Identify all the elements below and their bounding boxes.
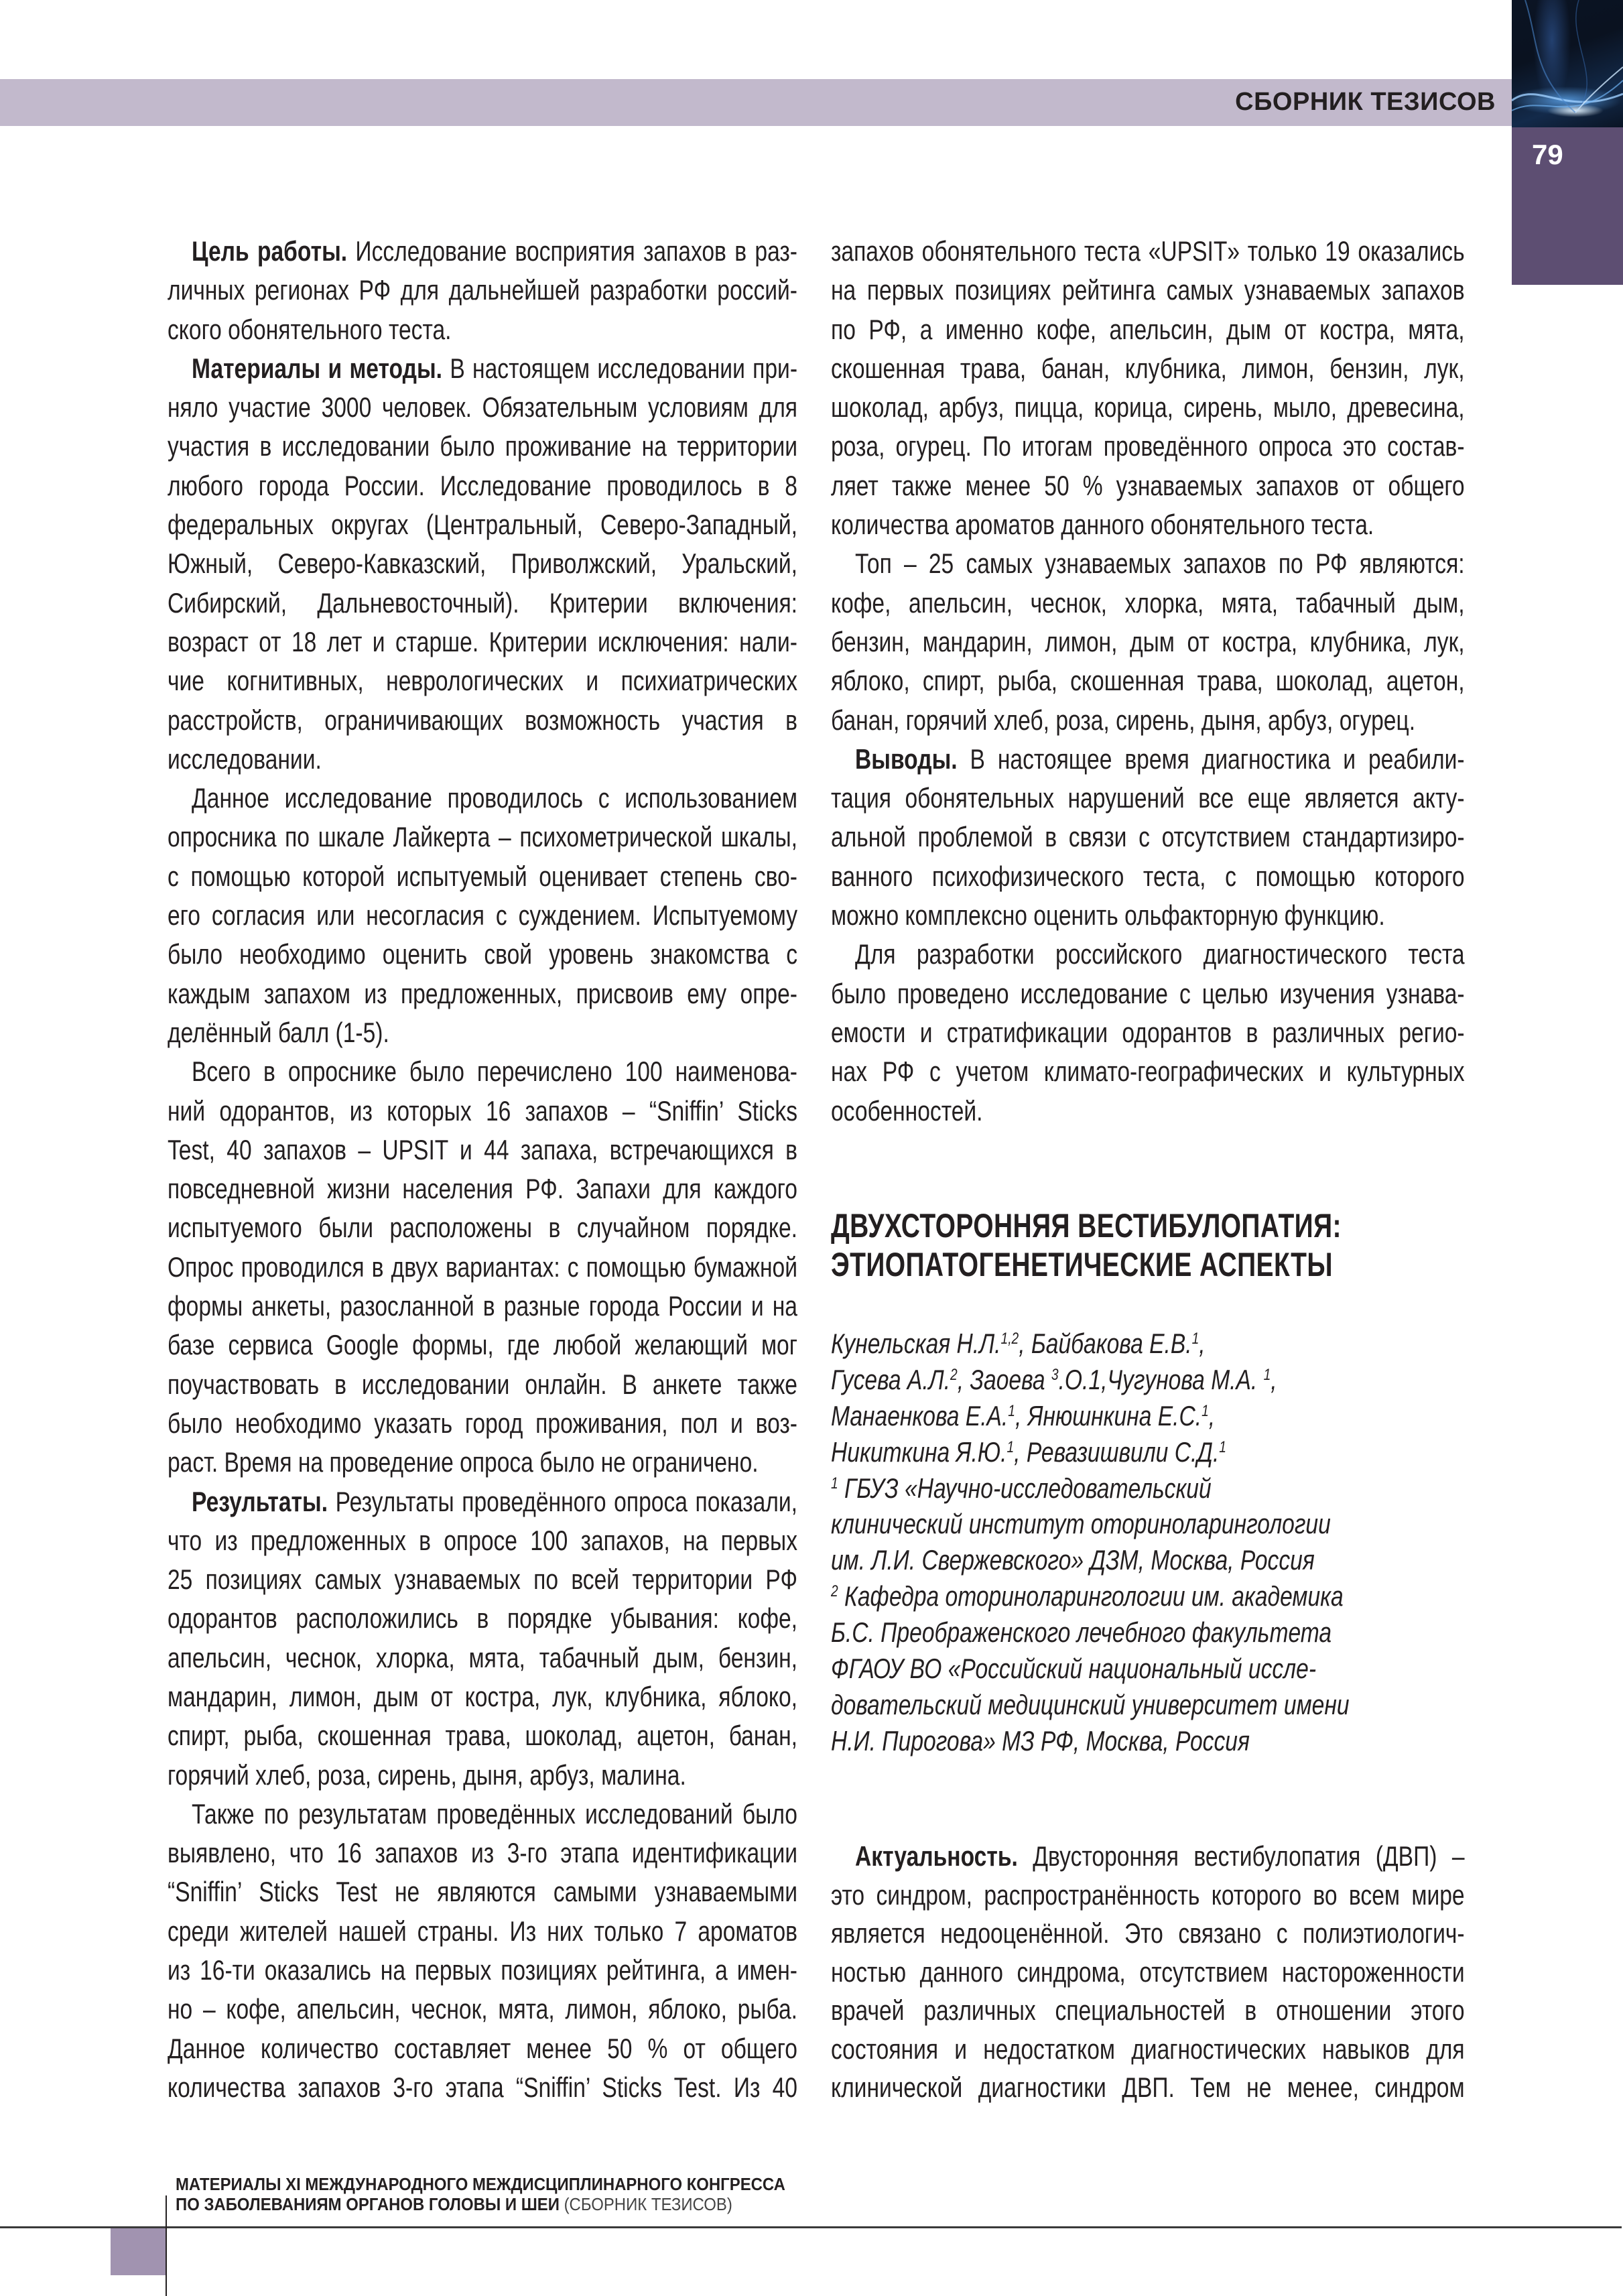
- affiliation-marker: 1: [1202, 1402, 1209, 1420]
- line-text: из 16-ти оказались на первых позициях ре…: [168, 1954, 797, 1986]
- footer-rule: [0, 2226, 1622, 2228]
- line-text: В настоящее время диагностика и реабили-: [958, 743, 1465, 775]
- line-text: Двусторонняя вестибулопатия (ДВП) –: [1018, 1840, 1465, 1872]
- text-line: количества ароматов данного обонятельног…: [831, 505, 1465, 544]
- text-line: что из предложенных в опросе 100 запахов…: [168, 1521, 797, 1560]
- line-text: каждым запахом из предложенных, присвоив…: [168, 978, 797, 1009]
- text-line: Опрос проводился в двух вариантах: с пом…: [168, 1248, 797, 1287]
- line-text: это синдром, распространённость которого…: [831, 1879, 1465, 1911]
- text-line: чие когнитивных, неврологических и психи…: [168, 661, 797, 700]
- text-line: “Sniffin’ Sticks Test не являются самыми…: [168, 1872, 797, 1911]
- text-line: но – кофе, апельсин, чеснок, мята, лимон…: [168, 1990, 797, 2029]
- line-text: среди жителей нашей страны. Из них тольк…: [168, 1915, 797, 1947]
- text-line: Южный, Северо-Кавказский, Приволжский, У…: [168, 544, 797, 583]
- line-text: по РФ, а именно кофе, апельсин, дым от к…: [831, 314, 1465, 345]
- footer-line-2-light: (СБОРНИК ТЕЗИСОВ): [560, 2194, 732, 2214]
- line-text: можно комплексно оценить ольфакторную фу…: [831, 899, 1385, 931]
- line-text: бензин, мандарин, лимон, дым от костра, …: [831, 626, 1465, 657]
- text-line: Топ – 25 самых узнаваемых запахов по РФ …: [831, 544, 1465, 583]
- affiliation-line: Н.И. Пирогова» МЗ РФ, Москва, Россия: [831, 1723, 1350, 1759]
- line-text: довательский медицинский университет име…: [831, 1689, 1350, 1720]
- line-text: было проведено исследование с целью изуч…: [831, 978, 1465, 1009]
- text-line: горячий хлеб, роза, сирень, дыня, арбуз,…: [168, 1756, 797, 1795]
- text-line: базе сервиса Google формы, где любой жел…: [168, 1326, 797, 1364]
- line-text: горячий хлеб, роза, сирень, дыня, арбуз,…: [168, 1759, 686, 1791]
- affiliation-marker: 1: [1219, 1438, 1226, 1456]
- text-line: Сибирский, Дальневосточный). Критерии вк…: [168, 584, 797, 623]
- line-text: , Ревазишвили С.Д.: [1014, 1436, 1219, 1468]
- text-line: яблоко, спирт, рыба, скошенная трава, шо…: [831, 661, 1465, 700]
- text-line: няло участие 3000 человек. Обязательным …: [168, 388, 797, 427]
- line-text: ностью данного синдрома, отсутствием нас…: [831, 1956, 1465, 1988]
- line-text: Южный, Северо-Кавказский, Приволжский, У…: [168, 548, 797, 579]
- text-line: каждым запахом из предложенных, присвоив…: [168, 974, 797, 1013]
- line-text: ,: [1199, 1328, 1205, 1359]
- line-text: ,: [1209, 1400, 1215, 1431]
- line-text: клинической диагностики ДВП. Тем не мене…: [831, 2071, 1465, 2103]
- line-text: Всего в опроснике было перечислено 100 н…: [192, 1056, 797, 1087]
- text-line: апельсин, чеснок, хлорка, мята, табачный…: [168, 1639, 797, 1677]
- footer-line-2-bold: ПО ЗАБОЛЕВАНИЯМ ОРГАНОВ ГОЛОВЫ И ШЕИ: [176, 2194, 560, 2214]
- line-text: ГБУЗ «Научно-исследовательский: [838, 1472, 1212, 1504]
- line-text: было необходимо оценить свой уровень зна…: [168, 938, 797, 970]
- line-text: ,: [1271, 1364, 1277, 1395]
- section-label: Результаты.: [192, 1486, 328, 1517]
- text-line: тация обонятельных нарушений все еще явл…: [831, 779, 1465, 818]
- text-line: ляет также менее 50 % узнаваемых запахов…: [831, 466, 1465, 505]
- text-line: роза, огурец. По итогам проведённого опр…: [831, 427, 1465, 466]
- line-text: спирт, рыба, скошенная трава, шоколад, а…: [168, 1720, 797, 1751]
- line-text: нах РФ с учетом климато-географических и…: [831, 1056, 1465, 1087]
- line-text: Никиткина Я.Ю.: [831, 1436, 1007, 1468]
- text-line: особенностей.: [831, 1092, 1465, 1131]
- line-text: с помощью которой испытуемый оценивает с…: [168, 860, 797, 892]
- line-text: Результаты проведённого опроса показали,: [328, 1486, 797, 1517]
- affiliation-line: ФГАОУ ВО «Российский национальный иссле-: [831, 1651, 1350, 1687]
- affiliation-marker: 1: [1007, 1438, 1014, 1456]
- text-line: Результаты. Результаты проведённого опро…: [168, 1482, 797, 1521]
- line-text: количества запахов 3-го этапа “Sniffin’ …: [168, 2071, 797, 2103]
- line-text: емости и стратификации одорантов в разли…: [831, 1017, 1465, 1048]
- section-label: Цель работы.: [192, 235, 347, 267]
- affiliation-line: 2 Кафедра оториноларингологии им. академ…: [831, 1578, 1350, 1614]
- affiliation-marker: 3: [1051, 1366, 1059, 1384]
- line-text: выявлено, что 16 запахов из 3-го этапа и…: [168, 1837, 797, 1868]
- article-title-line-1: ДВУХСТОРОННЯЯ ВЕСТИБУЛОПАТИЯ:: [831, 1206, 1342, 1245]
- affiliation-line: Б.С. Преображенского лечебного факультет…: [831, 1614, 1350, 1651]
- text-line: это синдром, распространённость которого…: [831, 1876, 1465, 1915]
- line-text: Также по результатам проведённых исследо…: [192, 1798, 797, 1830]
- text-line: поучаствовать в исследовании онлайн. В а…: [168, 1365, 797, 1404]
- line-text: одорантов расположились в порядке убыван…: [168, 1602, 797, 1634]
- line-text: Опрос проводился в двух вариантах: с пом…: [168, 1251, 797, 1283]
- text-line: клинической диагностики ДВП. Тем не мене…: [831, 2068, 1465, 2107]
- line-text: раст. Время на проведение опроса было не…: [168, 1446, 759, 1478]
- page-number: 79: [1532, 139, 1563, 171]
- line-text: исследовании.: [168, 743, 322, 775]
- line-text: Сибирский, Дальневосточный). Критерии вк…: [168, 587, 797, 619]
- line-text: ванного психофизического теста, с помощь…: [831, 860, 1465, 892]
- text-line: возраст от 18 лет и старше. Критерии иск…: [168, 623, 797, 661]
- line-text: было необходимо указать город проживания…: [168, 1407, 797, 1439]
- line-text: , Заоева: [958, 1364, 1051, 1395]
- affiliation-marker: 2: [950, 1366, 958, 1384]
- text-line: врачей различных специальностей в отноше…: [831, 1991, 1465, 2030]
- text-line: было необходимо оценить свой уровень зна…: [168, 935, 797, 974]
- text-line: ний одорантов, из которых 16 запахов – “…: [168, 1092, 797, 1131]
- footer-vertical-rule: [166, 2195, 167, 2296]
- section-label: Выводы.: [855, 743, 958, 775]
- text-line: Выводы. В настоящее время диагностика и …: [831, 740, 1465, 779]
- text-line: повседневной жизни населения РФ. Запахи …: [168, 1169, 797, 1208]
- line-text: Для разработки российского диагностическ…: [855, 938, 1465, 970]
- author-line: Кунельская Н.Л.1,2, Байбакова Е.В.1,: [831, 1326, 1350, 1362]
- affiliation-line: 1 ГБУЗ «Научно-исследовательский: [831, 1470, 1350, 1507]
- text-line: Для разработки российского диагностическ…: [831, 935, 1465, 974]
- footer-line-2: ПО ЗАБОЛЕВАНИЯМ ОРГАНОВ ГОЛОВЫ И ШЕИ (СБ…: [176, 2194, 785, 2214]
- text-line: на первых позициях рейтинга самых узнава…: [831, 271, 1465, 310]
- text-line: спирт, рыба, скошенная трава, шоколад, а…: [168, 1716, 797, 1755]
- line-text: апельсин, чеснок, хлорка, мята, табачный…: [168, 1642, 797, 1673]
- line-text: шоколад, арбуз, пицца, корица, сирень, м…: [831, 391, 1465, 423]
- text-line: было проведено исследование с целью изуч…: [831, 974, 1465, 1013]
- text-line: его согласия или несогласия с суждением.…: [168, 896, 797, 935]
- footer-accent-square: [111, 2228, 166, 2275]
- line-text: клинический институт оториноларингологии: [831, 1508, 1331, 1539]
- affiliation-line: клинический институт оториноларингологии: [831, 1506, 1350, 1542]
- line-text: повседневной жизни населения РФ. Запахи …: [168, 1173, 797, 1204]
- running-header-title: СБОРНИК ТЕЗИСОВ: [1235, 88, 1496, 117]
- line-text: участия в исследовании было проживание н…: [168, 430, 797, 462]
- line-text: но – кофе, апельсин, чеснок, мята, лимон…: [168, 1993, 797, 2025]
- text-line: одорантов расположились в порядке убыван…: [168, 1599, 797, 1638]
- text-line: Данное исследование проводилось с исполь…: [168, 779, 797, 818]
- section-label: Актуальность.: [855, 1840, 1018, 1872]
- text-line: можно комплексно оценить ольфакторную фу…: [831, 896, 1465, 935]
- line-text: расстройств, ограничивающих возможность …: [168, 704, 797, 736]
- text-line: 25 позициях самых узнаваемых по всей тер…: [168, 1560, 797, 1599]
- line-text: любого города России. Исследование прово…: [168, 470, 797, 501]
- text-line: расстройств, ограничивающих возможность …: [168, 701, 797, 740]
- text-line: нах РФ с учетом климато-географических и…: [831, 1052, 1465, 1091]
- line-text: .О.1,Чугунова М.А.: [1059, 1364, 1264, 1395]
- line-text: поучаствовать в исследовании онлайн. В а…: [168, 1368, 797, 1400]
- decorative-light-image: [1512, 0, 1623, 127]
- author-line: Манаенкова Е.А.1, Янюшнкина Е.С.1,: [831, 1398, 1350, 1434]
- line-text: яблоко, спирт, рыба, скошенная трава, шо…: [831, 665, 1465, 696]
- line-text: кофе, апельсин, чеснок, хлорка, мята, та…: [831, 587, 1465, 619]
- text-line: банан, горячий хлеб, роза, сирень, дыня,…: [831, 701, 1465, 740]
- text-line: бензин, мандарин, лимон, дым от костра, …: [831, 623, 1465, 661]
- text-line: шоколад, арбуз, пицца, корица, сирень, м…: [831, 388, 1465, 427]
- text-line: Данное количество составляет менее 50 % …: [168, 2029, 797, 2068]
- line-text: количества ароматов данного обонятельног…: [831, 509, 1374, 540]
- line-text: Гусева А.Л.: [831, 1364, 950, 1395]
- line-text: ФГАОУ ВО «Российский национальный иссле-: [831, 1653, 1316, 1684]
- line-text: состояния и недостатком диагностических …: [831, 2033, 1465, 2065]
- text-line: делённый балл (1-5).: [168, 1013, 797, 1052]
- line-text: его согласия или несогласия с суждением.…: [168, 899, 797, 931]
- text-line: опросника по шкале Лайкерта – психометри…: [168, 818, 797, 856]
- line-text: что из предложенных в опросе 100 запахов…: [168, 1525, 797, 1556]
- line-text: Б.С. Преображенского лечебного факультет…: [831, 1616, 1332, 1648]
- text-line: из 16-ти оказались на первых позициях ре…: [168, 1951, 797, 1990]
- line-text: Кунельская Н.Л.: [831, 1328, 1001, 1359]
- text-line: Актуальность. Двусторонняя вестибулопати…: [831, 1837, 1465, 1876]
- text-line: было необходимо указать город проживания…: [168, 1404, 797, 1443]
- line-text: ний одорантов, из которых 16 запахов – “…: [168, 1095, 797, 1127]
- affiliation-marker: 1,2: [1001, 1330, 1019, 1348]
- line-text: Данное исследование проводилось с исполь…: [192, 782, 797, 814]
- line-text: ского обонятельного теста.: [168, 314, 451, 345]
- footer-line-1: МАТЕРИАЛЫ XI МЕЖДУНАРОДНОГО МЕЖДИСЦИПЛИН…: [176, 2174, 785, 2194]
- text-line: формы анкеты, разосланной в разные город…: [168, 1287, 797, 1326]
- line-text: врачей различных специальностей в отноше…: [831, 1994, 1465, 2026]
- author-line: Никиткина Я.Ю.1, Ревазишвили С.Д.1: [831, 1434, 1350, 1470]
- line-text: им. Л.И. Свержевского» ДЗМ, Москва, Росс…: [831, 1544, 1315, 1576]
- line-text: запахов обонятельного теста «UPSIT» толь…: [831, 235, 1465, 267]
- text-line: выявлено, что 16 запахов из 3-го этапа и…: [168, 1834, 797, 1872]
- line-text: скошенная трава, банан, клубника, лимон,…: [831, 353, 1465, 384]
- line-text: 25 позициях самых узнаваемых по всей тер…: [168, 1564, 797, 1595]
- line-text: Test, 40 запахов – UPSIT и 44 запаха, вс…: [168, 1134, 797, 1165]
- line-text: няло участие 3000 человек. Обязательным …: [168, 391, 797, 423]
- page-number-tab: [1512, 127, 1623, 285]
- text-line: среди жителей нашей страны. Из них тольк…: [168, 1912, 797, 1951]
- author-line: Гусева А.Л.2, Заоева 3.О.1,Чугунова М.А.…: [831, 1362, 1350, 1398]
- line-text: является недооценённой. Это связано с по…: [831, 1917, 1465, 1949]
- article-title: ДВУХСТОРОННЯЯ ВЕСТИБУЛОПАТИЯ: ЭТИОПАТОГЕ…: [831, 1206, 1342, 1284]
- article-body-text: Актуальность. Двусторонняя вестибулопати…: [831, 1837, 1465, 2107]
- line-text: формы анкеты, разосланной в разные город…: [168, 1290, 797, 1322]
- line-text: личных регионах РФ для дальнейшей разраб…: [168, 274, 797, 306]
- line-text: ляет также менее 50 % узнаваемых запахов…: [831, 470, 1465, 501]
- text-line: ностью данного синдрома, отсутствием нас…: [831, 1953, 1465, 1992]
- right-text-column: запахов обонятельного теста «UPSIT» толь…: [831, 232, 1465, 1131]
- light-streaks-icon: [1512, 0, 1623, 127]
- text-line: личных регионах РФ для дальнейшей разраб…: [168, 271, 797, 310]
- text-line: альной проблемой в связи с отсутствием с…: [831, 818, 1465, 856]
- line-text: Исследование восприятия запахов в раз-: [347, 235, 797, 267]
- text-line: раст. Время на проведение опроса было не…: [168, 1443, 797, 1482]
- line-text: В настоящем исследовании при-: [442, 353, 797, 384]
- affiliation-marker: 1: [1264, 1366, 1271, 1384]
- line-text: Данное количество составляет менее 50 % …: [168, 2033, 797, 2064]
- text-line: с помощью которой испытуемый оценивает с…: [168, 857, 797, 896]
- authors-block: Кунельская Н.Л.1,2, Байбакова Е.В.1,Гусе…: [831, 1326, 1350, 1759]
- text-line: скошенная трава, банан, клубника, лимон,…: [831, 349, 1465, 388]
- line-text: Топ – 25 самых узнаваемых запахов по РФ …: [855, 548, 1465, 579]
- text-line: Материалы и методы. В настоящем исследов…: [168, 349, 797, 388]
- line-text: альной проблемой в связи с отсутствием с…: [831, 821, 1465, 852]
- affiliation-marker: 1: [1192, 1330, 1199, 1348]
- text-line: Цель работы. Исследование восприятия зап…: [168, 232, 797, 271]
- text-line: мандарин, лимон, дым от костра, лук, клу…: [168, 1677, 797, 1716]
- text-line: кофе, апельсин, чеснок, хлорка, мята, та…: [831, 584, 1465, 623]
- text-line: участия в исследовании было проживание н…: [168, 427, 797, 466]
- line-text: на первых позициях рейтинга самых узнава…: [831, 274, 1465, 306]
- line-text: опросника по шкале Лайкерта – психометри…: [168, 821, 797, 852]
- text-line: является недооценённой. Это связано с по…: [831, 1914, 1465, 1953]
- left-text-column: Цель работы. Исследование восприятия зап…: [168, 232, 797, 2107]
- text-line: количества запахов 3-го этапа “Sniffin’ …: [168, 2068, 797, 2107]
- footer-publication-title: МАТЕРИАЛЫ XI МЕЖДУНАРОДНОГО МЕЖДИСЦИПЛИН…: [176, 2174, 785, 2214]
- line-text: мандарин, лимон, дым от костра, лук, клу…: [168, 1681, 797, 1712]
- text-line: состояния и недостатком диагностических …: [831, 2030, 1465, 2069]
- text-line: федеральных округах (Центральный, Северо…: [168, 505, 797, 544]
- text-line: ского обонятельного теста.: [168, 310, 797, 349]
- affiliation-marker: 2: [831, 1582, 838, 1600]
- line-text: тация обонятельных нарушений все еще явл…: [831, 782, 1465, 814]
- text-line: исследовании.: [168, 740, 797, 779]
- text-line: запахов обонятельного теста «UPSIT» толь…: [831, 232, 1465, 271]
- line-text: , Байбакова Е.В.: [1019, 1328, 1191, 1359]
- line-text: банан, горячий хлеб, роза, сирень, дыня,…: [831, 704, 1415, 736]
- section-label: Материалы и методы.: [192, 353, 442, 384]
- line-text: чие когнитивных, неврологических и психи…: [168, 665, 797, 696]
- text-line: Также по результатам проведённых исследо…: [168, 1795, 797, 1834]
- line-text: делённый балл (1-5).: [168, 1017, 389, 1048]
- line-text: роза, огурец. По итогам проведённого опр…: [831, 430, 1465, 462]
- text-line: испытуемого были расположены в случайном…: [168, 1208, 797, 1247]
- affiliation-line: им. Л.И. Свержевского» ДЗМ, Москва, Росс…: [831, 1542, 1350, 1578]
- line-text: особенностей.: [831, 1095, 983, 1127]
- text-line: емости и стратификации одорантов в разли…: [831, 1013, 1465, 1052]
- line-text: Кафедра оториноларингологии им. академик…: [838, 1580, 1344, 1612]
- affiliation-marker: 1: [1008, 1402, 1015, 1420]
- line-text: , Янюшнкина Е.С.: [1015, 1400, 1202, 1431]
- line-text: Манаенкова Е.А.: [831, 1400, 1008, 1431]
- affiliation-line: довательский медицинский университет име…: [831, 1687, 1350, 1723]
- line-text: “Sniffin’ Sticks Test не являются самыми…: [168, 1876, 797, 1907]
- affiliation-marker: 1: [831, 1474, 838, 1492]
- text-line: Test, 40 запахов – UPSIT и 44 запаха, вс…: [168, 1131, 797, 1169]
- line-text: возраст от 18 лет и старше. Критерии иск…: [168, 626, 797, 657]
- line-text: базе сервиса Google формы, где любой жел…: [168, 1329, 797, 1360]
- text-line: ванного психофизического теста, с помощь…: [831, 857, 1465, 896]
- line-text: испытуемого были расположены в случайном…: [168, 1212, 797, 1243]
- text-line: любого города России. Исследование прово…: [168, 466, 797, 505]
- text-line: Всего в опроснике было перечислено 100 н…: [168, 1052, 797, 1091]
- line-text: Н.И. Пирогова» МЗ РФ, Москва, Россия: [831, 1725, 1250, 1757]
- line-text: федеральных округах (Центральный, Северо…: [168, 509, 797, 540]
- text-line: по РФ, а именно кофе, апельсин, дым от к…: [831, 310, 1465, 349]
- article-title-line-2: ЭТИОПАТОГЕНЕТИЧЕСКИЕ АСПЕКТЫ: [831, 1245, 1342, 1284]
